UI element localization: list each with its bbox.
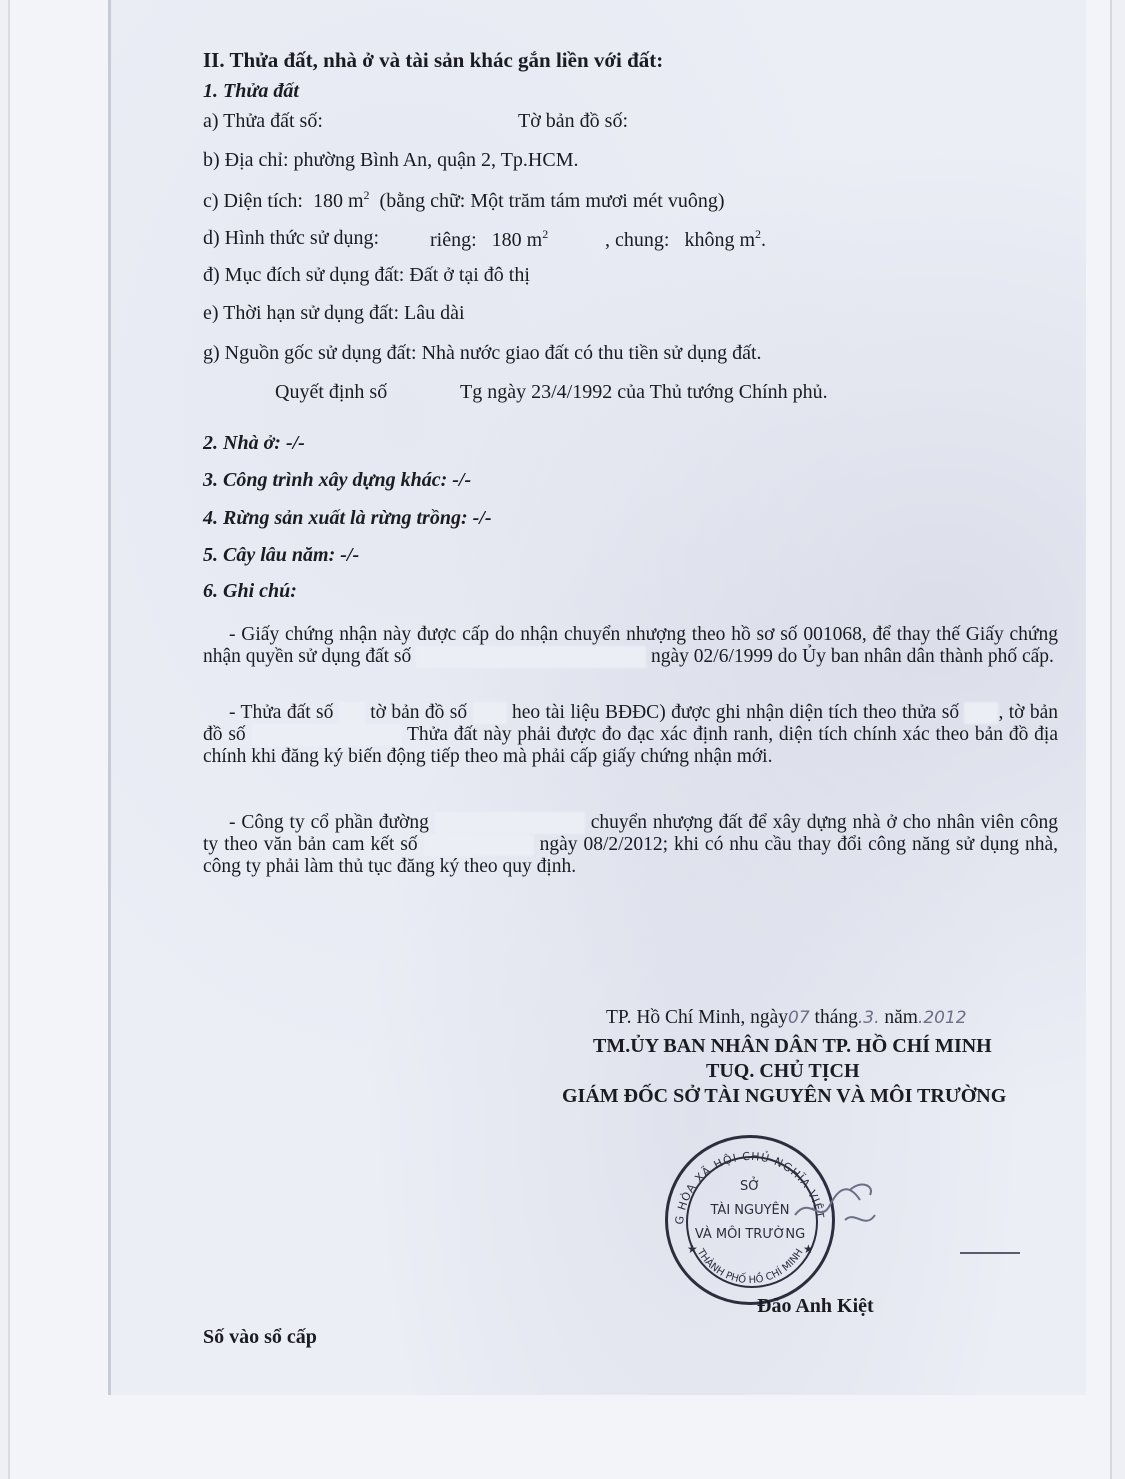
land-area: c) Diện tích: 180 m2 (bằng chữ: Một trăm… bbox=[203, 188, 725, 213]
signer-name: Đào Anh Kiệt bbox=[757, 1295, 874, 1318]
place-date-line: TP. Hồ Chí Minh, ngày07 tháng.3. năm.201… bbox=[606, 1007, 967, 1029]
usage-form-label: d) Hình thức sử dụng: bbox=[203, 227, 379, 249]
place-date-prefix: TP. Hồ Chí Minh, ngày bbox=[606, 1007, 788, 1028]
note-2-text-c: heo tài liệu BĐĐC) được ghi nhận diện tí… bbox=[512, 702, 959, 723]
section-production-forest: 4. Rừng sản xuất là rừng trồng: -/- bbox=[203, 507, 491, 530]
private-value: 180 m bbox=[492, 229, 543, 251]
land-purpose: đ) Mục đích sử dụng đất: Đất ở tại đô th… bbox=[203, 264, 530, 287]
note-3-text-a: - Công ty cổ phần đường bbox=[229, 812, 429, 833]
usage-form: d) Hình thức sử dụng: bbox=[203, 227, 379, 250]
section-title: II. Thửa đất, nhà ở và tài sản khác gắn … bbox=[203, 48, 663, 73]
note-1: - Giấy chứng nhận này được cấp do nhận c… bbox=[203, 624, 1058, 668]
area-value: 180 m bbox=[313, 190, 364, 212]
area-in-words: (bằng chữ: Một trăm tám mươi mét vuông) bbox=[380, 190, 725, 212]
title-line: GIÁM ĐỐC SỞ TÀI NGUYÊN VÀ MÔI TRƯỜNG bbox=[562, 1085, 1006, 1108]
note-3: - Công ty cổ phần đường chuyển nhượng đấ… bbox=[203, 812, 1058, 878]
area-label: c) Diện tích: bbox=[203, 190, 303, 212]
section-other-construction: 3. Công trình xây dựng khác: -/- bbox=[203, 469, 471, 492]
note-2: - Thửa đất số tờ bản đồ số heo tài liệu … bbox=[203, 702, 1058, 768]
usage-private: riêng: 180 m2 bbox=[430, 227, 548, 252]
section-perennial-trees: 5. Cây lâu năm: -/- bbox=[203, 544, 359, 567]
section-notes: 6. Ghi chú: bbox=[203, 580, 297, 603]
role-line: TUQ. CHỦ TỊCH bbox=[706, 1060, 860, 1083]
land-heading: 1. Thửa đất bbox=[203, 80, 299, 103]
usage-shared: , chung: không m2. bbox=[605, 227, 766, 252]
section-house: 2. Nhà ở: -/- bbox=[203, 432, 305, 455]
issue-year: 2012 bbox=[923, 1008, 966, 1028]
org-line: TM.ỦY BAN NHÂN DÂN TP. HỒ CHÍ MINH bbox=[593, 1035, 992, 1058]
map-sheet-label: Tờ bản đồ số: bbox=[518, 110, 628, 132]
decision-prefix: Quyết định số bbox=[275, 381, 387, 404]
month-label: tháng bbox=[815, 1007, 858, 1028]
decision-suffix: Tg ngày 23/4/1992 của Thủ tướng Chính ph… bbox=[460, 381, 828, 404]
issue-month: 3 bbox=[863, 1008, 874, 1028]
shared-value: không m bbox=[684, 229, 755, 251]
land-parcel-number: a) Thửa đất số: bbox=[203, 110, 323, 133]
note-2-text-b: tờ bản đồ số bbox=[370, 702, 467, 723]
map-sheet-number: Tờ bản đồ số: bbox=[518, 110, 628, 133]
signature-stroke bbox=[960, 1252, 1020, 1254]
handwritten-signature bbox=[790, 1175, 890, 1245]
registry-number-label: Số vào sổ cấp bbox=[203, 1326, 317, 1349]
land-address: b) Địa chỉ: phường Bình An, quận 2, Tp.H… bbox=[203, 149, 578, 172]
note-1-text-b: ngày 02/6/1999 do Ủy ban nhân dân thành … bbox=[651, 646, 1054, 667]
year-label: năm bbox=[884, 1007, 918, 1028]
parcel-number-label: a) Thửa đất số: bbox=[203, 110, 323, 132]
shared-label: , chung: bbox=[605, 229, 669, 251]
land-origin: g) Nguồn gốc sử dụng đất: Nhà nước giao … bbox=[203, 342, 762, 365]
issue-day: 07 bbox=[788, 1008, 810, 1028]
note-2-text-a: - Thửa đất số bbox=[229, 702, 333, 723]
private-label: riêng: bbox=[430, 229, 477, 251]
land-term: e) Thời hạn sử dụng đất: Lâu dài bbox=[203, 302, 465, 325]
